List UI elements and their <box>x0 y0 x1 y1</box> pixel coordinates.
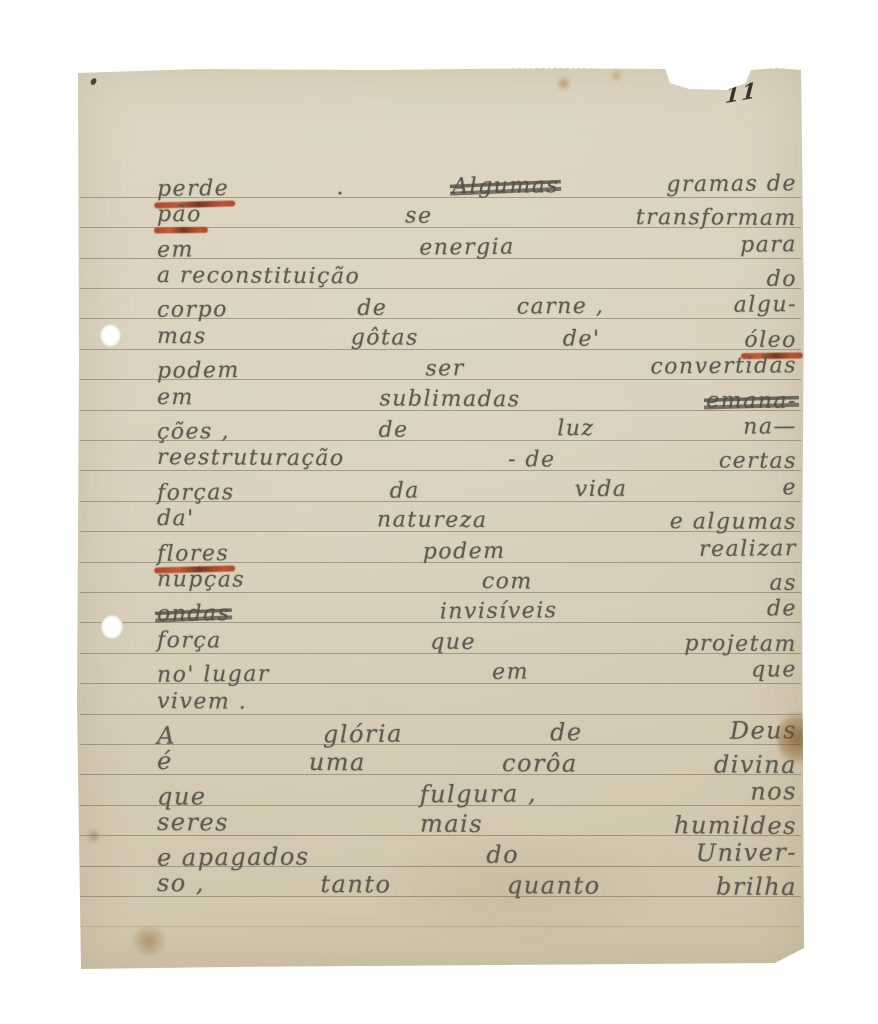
word-segment: fulgura , <box>420 781 538 806</box>
text-line: florespodemrealizar <box>157 532 797 566</box>
word-segment: algu- <box>734 295 798 318</box>
word-segment: glória <box>323 722 403 747</box>
text-line: a reconstituiçãodo <box>157 259 797 291</box>
text-line: AglóriadeDeus <box>157 714 797 748</box>
word-segment: e apagados <box>157 844 310 869</box>
word-segment: podem <box>423 540 506 563</box>
word-segment: que <box>430 631 476 653</box>
word-segment: mas <box>157 326 207 348</box>
word-segment: energia <box>419 236 515 259</box>
text-line: podemserconvertidas <box>157 349 797 383</box>
word-segment: reestruturação <box>157 447 345 470</box>
text-line: vivem . <box>157 685 797 717</box>
word-segment: de <box>378 419 408 441</box>
word-segment: corôa <box>502 751 578 775</box>
word-segment: ser <box>425 358 465 380</box>
word-segment: a reconstituição <box>157 265 360 288</box>
punch-hole-lower <box>101 615 123 639</box>
text-line: pãosetransformam <box>157 198 797 230</box>
word-segment: carne , <box>517 296 605 319</box>
word-segment: que <box>157 784 207 808</box>
text-line: emenergiapara <box>157 228 797 262</box>
text-line: forçaqueprojetam <box>157 624 797 656</box>
word-segment: brilha <box>716 874 797 898</box>
text-line: reestruturação- decertas <box>157 441 797 473</box>
word-segment: vida <box>575 478 628 500</box>
word-segment: seres <box>157 810 229 834</box>
text-line: seresmaishumildes <box>157 806 797 838</box>
word-segment: e algumas <box>670 511 797 534</box>
word-segment: no' lugar <box>157 664 270 687</box>
word-segment: da' <box>157 508 195 530</box>
word-segment: Univer- <box>696 840 797 865</box>
word-segment: natureza <box>377 509 488 532</box>
word-segment: . <box>336 177 345 199</box>
word-segment: forças <box>157 482 235 505</box>
text-line: ções ,deluzna— <box>157 410 797 444</box>
manuscript-page: 11 perde.Algumasgramas depãosetransforma… <box>77 64 804 970</box>
stain <box>377 834 657 944</box>
text-line: masgôtasde'óleo <box>157 320 797 352</box>
word-segment: gôtas <box>351 327 419 349</box>
word-segment: certas <box>719 451 797 473</box>
word-segment: em <box>157 387 194 409</box>
text-line: emsublimadasemana- <box>157 381 797 413</box>
word-segment: Algumas <box>452 175 559 198</box>
word-segment: perde <box>157 178 229 201</box>
word-segment: de' <box>563 328 601 350</box>
page-number: 11 <box>724 77 759 108</box>
word-segment: vivem . <box>157 691 247 714</box>
word-segment: corpo <box>157 299 228 322</box>
word-segment: de <box>357 298 387 320</box>
text-line: corpodecarne ,algu- <box>157 289 797 323</box>
word-segment: que <box>751 659 797 681</box>
word-segment: com <box>482 571 533 593</box>
text-line: éumacorôadivina <box>157 745 797 777</box>
scanned-document: 11 perde.Algumasgramas depãosetransforma… <box>0 0 878 1024</box>
word-segment: ondas <box>157 603 231 626</box>
word-segment: so , <box>157 871 205 895</box>
word-segment: na— <box>743 416 797 438</box>
word-segment: convertidas <box>650 355 797 378</box>
word-segment: e <box>782 477 797 499</box>
word-segment: humildes <box>674 813 797 838</box>
word-segment: força <box>157 630 222 652</box>
word-segment: nupças <box>157 569 245 592</box>
stain <box>129 926 169 956</box>
word-segment: gramas de <box>666 173 797 196</box>
word-segment: em <box>157 239 194 261</box>
word-segment: - de <box>508 449 556 471</box>
word-segment: invisíveis <box>440 601 558 624</box>
word-segment: para <box>740 234 797 256</box>
text-line: nupçascomas <box>157 563 797 595</box>
word-segment: em <box>492 662 529 684</box>
stain <box>555 77 572 90</box>
word-segment: projetam <box>684 633 797 656</box>
word-segment: sublimadas <box>379 388 520 411</box>
word-segment: A <box>157 724 176 748</box>
word-segment: mais <box>420 812 483 836</box>
word-segment: é <box>157 749 173 773</box>
word-segment: uma <box>309 750 366 774</box>
word-segment: pão <box>157 204 202 226</box>
word-segment: da <box>390 480 420 502</box>
punch-hole-upper <box>100 324 121 347</box>
text-line: forçasdavidae <box>157 471 797 505</box>
text-line: no' lugaremque <box>157 653 797 687</box>
word-segment: se <box>405 206 432 228</box>
text-line: ondasinvisíveisde <box>157 593 797 627</box>
ink-speck <box>90 77 97 85</box>
stain <box>87 829 100 843</box>
word-segment: nos <box>750 779 797 803</box>
word-segment: flores <box>157 543 229 566</box>
word-segment: de <box>550 720 583 744</box>
word-segment: realizar <box>699 538 797 561</box>
word-segment: luz <box>557 418 594 440</box>
word-segment: podem <box>157 360 240 383</box>
stain <box>777 710 821 766</box>
perforated-edge <box>77 64 804 69</box>
text-line: perde.Algumasgramas de <box>157 167 797 201</box>
word-segment: emana- <box>706 390 797 413</box>
text-line: da'naturezae algumas <box>157 502 797 534</box>
word-segment: transformam <box>636 207 797 230</box>
text-line: quefulgura ,nos <box>157 775 797 809</box>
stain <box>610 70 623 81</box>
word-segment: de <box>767 599 797 621</box>
